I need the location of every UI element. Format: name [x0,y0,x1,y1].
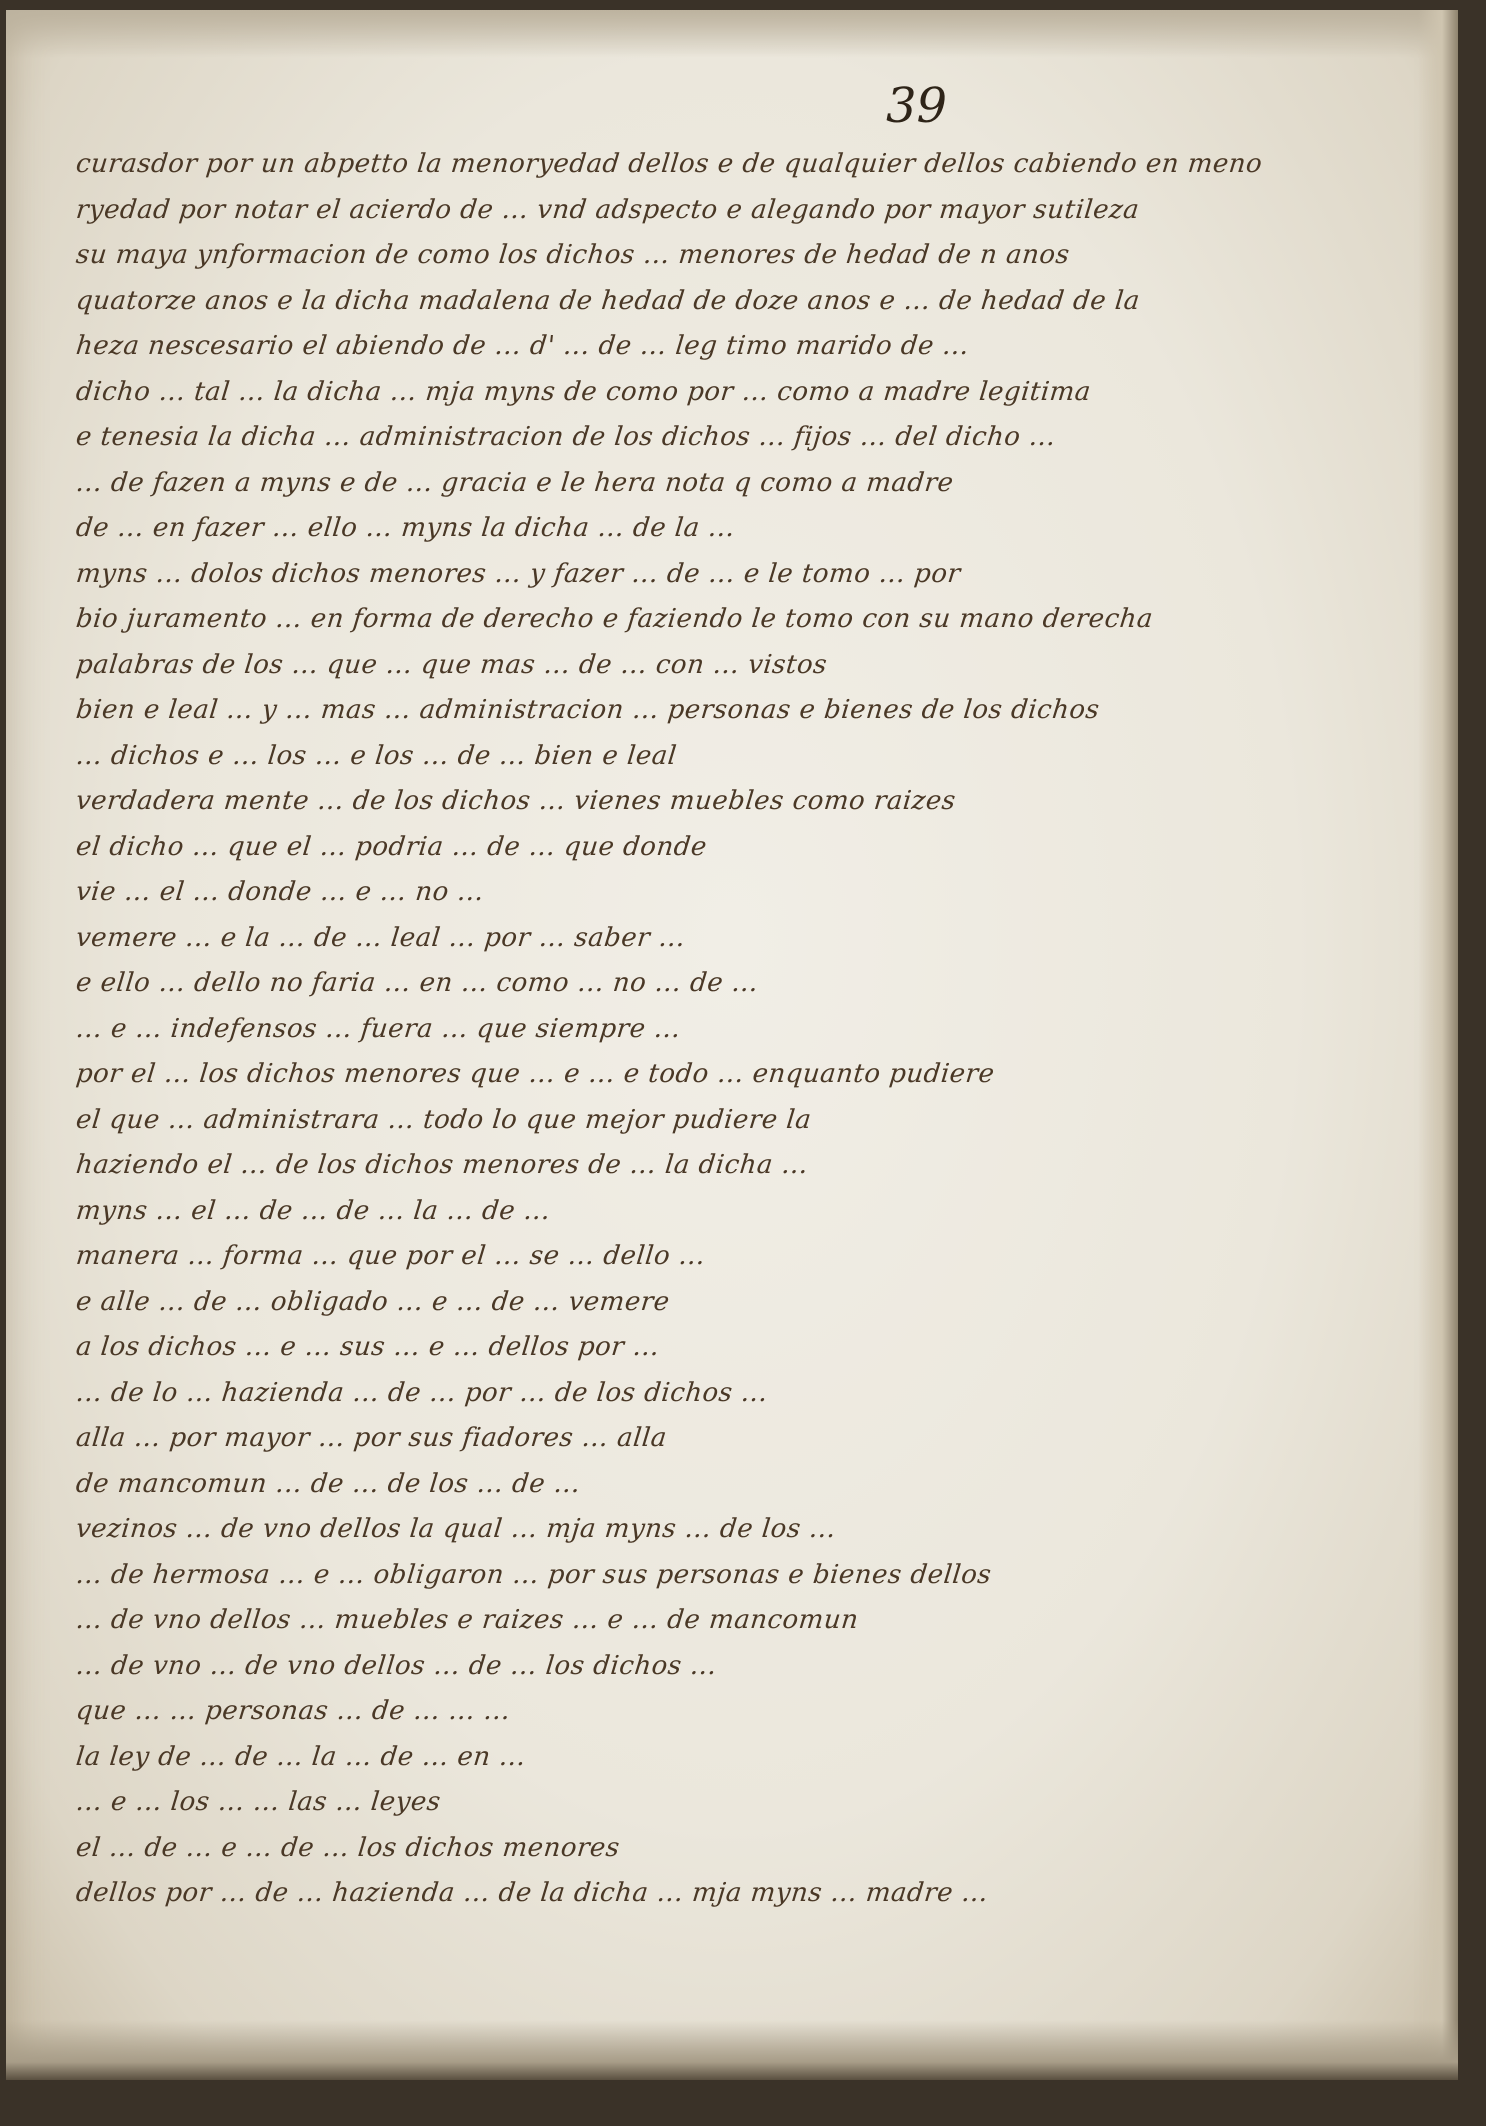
folio-number: 39 [886,78,947,134]
worn-top-edge [6,10,1458,58]
manuscript-line: e ello ... dello no faria ... en ... com… [74,961,1379,1007]
manuscript-line: bien e leal ... y ... mas ... administra… [74,688,1379,734]
manuscript-line: heza nescesario el abiendo de ... d' ...… [74,324,1379,370]
manuscript-line: curasdor por un abpetto la menoryedad de… [74,142,1379,188]
manuscript-line: ... de vno dellos ... muebles e raizes .… [74,1598,1379,1644]
manuscript-line: ... e ... los ... ... las ... leyes [74,1780,1379,1826]
manuscript-line: quatorze anos e la dicha madalena de hed… [74,279,1379,325]
manuscript-line: por el ... los dichos menores que ... e … [74,1052,1379,1098]
worn-right-edge [1418,10,1458,2080]
manuscript-line: palabras de los ... que ... que mas ... … [74,643,1379,689]
manuscript-line: el que ... administrara ... todo lo que … [74,1098,1379,1144]
manuscript-folio: 39 curasdor por un abpetto la menoryedad… [6,10,1458,2080]
manuscript-line: ... de lo ... hazienda ... de ... por ..… [74,1371,1379,1417]
manuscript-line: myns ... el ... de ... de ... la ... de … [74,1189,1379,1235]
manuscript-line: la ley de ... de ... la ... de ... en ..… [74,1735,1379,1781]
manuscript-line: su maya ynformacion de como los dichos .… [74,233,1379,279]
manuscript-line: a los dichos ... e ... sus ... e ... del… [74,1325,1379,1371]
manuscript-line: ryedad por notar el acierdo de ... vnd a… [74,188,1379,234]
manuscript-line: myns ... dolos dichos menores ... y faze… [74,552,1379,598]
manuscript-line: ... de fazen a myns e de ... gracia e le… [74,461,1379,507]
manuscript-line: el ... de ... e ... de ... los dichos me… [74,1826,1379,1872]
manuscript-line: vie ... el ... donde ... e ... no ... [74,870,1379,916]
manuscript-line: dellos por ... de ... hazienda ... de la… [74,1871,1379,1917]
manuscript-line: alla ... por mayor ... por sus fiadores … [74,1416,1379,1462]
manuscript-line: de ... en fazer ... ello ... myns la dic… [74,506,1379,552]
manuscript-line: el dicho ... que el ... podria ... de ..… [74,825,1379,871]
manuscript-line: dicho ... tal ... la dicha ... mja myns … [74,370,1379,416]
manuscript-line: vezinos ... de vno dellos la qual ... mj… [74,1507,1379,1553]
scan-viewport: 39 curasdor por un abpetto la menoryedad… [0,0,1486,2126]
manuscript-text: curasdor por un abpetto la menoryedad de… [76,142,1376,1917]
worn-bottom-edge [6,2020,1458,2080]
manuscript-line: e alle ... de ... obligado ... e ... de … [74,1280,1379,1326]
manuscript-line: que ... ... personas ... de ... ... ... [74,1689,1379,1735]
manuscript-line: e tenesia la dicha ... administracion de… [74,415,1379,461]
manuscript-line: ... de vno ... de vno dellos ... de ... … [74,1644,1379,1690]
manuscript-line: ... e ... indefensos ... fuera ... que s… [74,1007,1379,1053]
manuscript-line: ... de hermosa ... e ... obligaron ... p… [74,1553,1379,1599]
manuscript-line: manera ... forma ... que por el ... se .… [74,1234,1379,1280]
manuscript-line: ... dichos e ... los ... e los ... de ..… [74,734,1379,780]
manuscript-line: bio juramento ... en forma de derecho e … [74,597,1379,643]
manuscript-line: verdadera mente ... de los dichos ... vi… [74,779,1379,825]
manuscript-line: vemere ... e la ... de ... leal ... por … [74,916,1379,962]
manuscript-line: haziendo el ... de los dichos menores de… [74,1143,1379,1189]
manuscript-line: de mancomun ... de ... de los ... de ... [74,1462,1379,1508]
